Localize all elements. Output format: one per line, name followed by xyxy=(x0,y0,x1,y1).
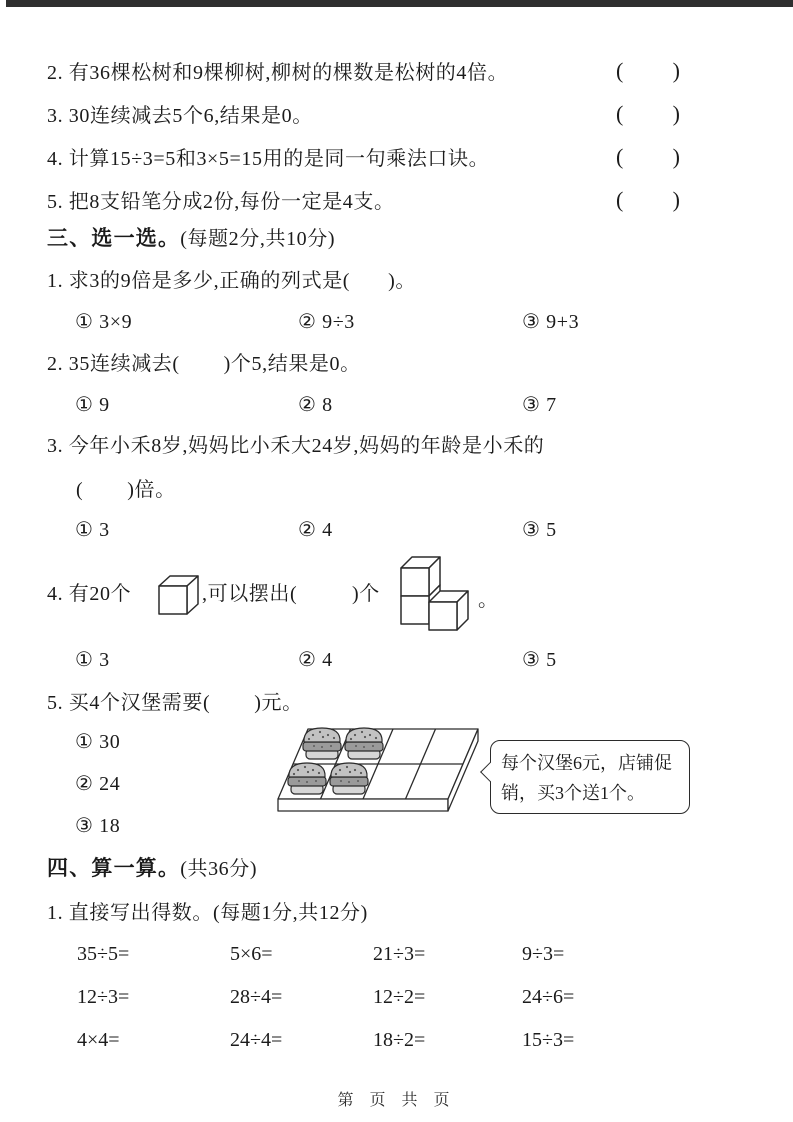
section-title: 三、选一选。 xyxy=(47,227,180,250)
paren-close: ) xyxy=(673,188,680,212)
section-score-note: (每题2分,共10分) xyxy=(180,228,335,250)
paren-close: ) xyxy=(673,59,680,83)
burger-tray-illustration xyxy=(270,703,490,827)
q5-option-3: ③ 18 xyxy=(75,814,120,838)
calc-item: 9÷3= xyxy=(522,943,564,966)
calc-item: 24÷4= xyxy=(230,1029,282,1052)
q4-option-1: ① 3 xyxy=(75,648,110,672)
calc-item: 12÷3= xyxy=(77,986,129,1009)
cube-icon xyxy=(156,573,200,617)
q2-option-1: ① 9 xyxy=(75,393,110,417)
judge-q2-text: 2. 有36棵松树和9棵柳树,柳树的棵数是松树的4倍。 xyxy=(47,61,508,85)
price-speech-bubble: 每个汉堡6元，店铺促 销，买3个送1个。 xyxy=(490,740,690,814)
q4-option-3: ③ 5 xyxy=(522,648,557,672)
section-title: 四、算一算。 xyxy=(47,857,180,880)
calc-item: 24÷6= xyxy=(522,986,574,1009)
q5-option-2: ② 24 xyxy=(75,772,120,796)
q2-text-a: 2. 35连续减去( xyxy=(47,353,180,375)
page-footer: 第 页 共 页 xyxy=(0,1087,793,1110)
paren-close: ) xyxy=(673,145,680,169)
judge-q3-answer-parens: ( ) xyxy=(616,102,680,126)
q1-option-3: ③ 9+3 xyxy=(522,310,579,334)
calc-item: 15÷3= xyxy=(522,1029,574,1052)
q3-paren-open: ( xyxy=(76,479,83,501)
calc-item: 21÷3= xyxy=(373,943,425,966)
q3-option-1: ① 3 xyxy=(75,518,110,542)
choice-q4-text-a: 4. 有20个 xyxy=(47,582,131,606)
q5-text-a: 5. 买4个汉堡需要( xyxy=(47,692,210,714)
calc-section-heading: 四、算一算。(共36分) xyxy=(47,857,257,881)
paren-open: ( xyxy=(616,102,623,126)
judge-q5-answer-parens: ( ) xyxy=(616,188,680,212)
choice-q4-text-d: 。 xyxy=(478,588,499,612)
burger-tray-figure xyxy=(270,703,490,827)
cube-cluster-icon xyxy=(398,553,478,637)
q1-text-b: )。 xyxy=(388,270,416,292)
choice-q4-text-c: )个 xyxy=(352,582,380,606)
calc-sub-instruction: 1. 直接写出得数。(每题1分,共12分) xyxy=(47,901,368,925)
single-cube-figure xyxy=(156,573,200,617)
q5-option-1: ① 30 xyxy=(75,730,120,754)
q3-option-3: ③ 5 xyxy=(522,518,557,542)
q2-text-b: )个5,结果是0。 xyxy=(224,353,361,375)
calc-item: 18÷2= xyxy=(373,1029,425,1052)
paren-open: ( xyxy=(616,145,623,169)
choice-q2-text: 2. 35连续减去()个5,结果是0。 xyxy=(47,352,361,376)
bubble-line-2: 销，买3个送1个。 xyxy=(501,778,679,808)
worksheet-page: 2. 有36棵松树和9棵柳树,柳树的棵数是松树的4倍。 ( ) 3. 30连续减… xyxy=(0,0,793,1122)
calc-item: 35÷5= xyxy=(77,943,129,966)
scan-edge-bar xyxy=(6,0,793,7)
q1-option-1: ① 3×9 xyxy=(75,310,132,334)
choice-q1-text: 1. 求3的9倍是多少,正确的列式是()。 xyxy=(47,269,416,293)
calc-item: 28÷4= xyxy=(230,986,282,1009)
cube-cluster-figure xyxy=(398,553,478,637)
paren-open: ( xyxy=(616,59,623,83)
judge-q3-text: 3. 30连续减去5个6,结果是0。 xyxy=(47,104,313,128)
choice-q3-line2: ()倍。 xyxy=(76,478,176,502)
q1-option-2: ② 9÷3 xyxy=(298,310,355,334)
calc-item: 4×4= xyxy=(77,1029,120,1052)
judge-q4-answer-parens: ( ) xyxy=(616,145,680,169)
judge-q5-text: 5. 把8支铅笔分成2份,每份一定是4支。 xyxy=(47,190,395,214)
q1-text-a: 1. 求3的9倍是多少,正确的列式是( xyxy=(47,270,350,292)
choice-q3-line1: 3. 今年小禾8岁,妈妈比小禾大24岁,妈妈的年龄是小禾的 xyxy=(47,434,544,458)
bubble-line-1: 每个汉堡6元，店铺促 xyxy=(501,748,679,778)
paren-close: ) xyxy=(673,102,680,126)
q3-text-b: )倍。 xyxy=(127,479,175,501)
calc-item: 12÷2= xyxy=(373,986,425,1009)
choice-section-heading: 三、选一选。(每题2分,共10分) xyxy=(47,227,335,251)
q4-option-2: ② 4 xyxy=(298,648,333,672)
judge-q2-answer-parens: ( ) xyxy=(616,59,680,83)
choice-q5-text: 5. 买4个汉堡需要()元。 xyxy=(47,691,303,715)
calc-item: 5×6= xyxy=(230,943,273,966)
q3-option-2: ② 4 xyxy=(298,518,333,542)
q2-option-3: ③ 7 xyxy=(522,393,557,417)
section-score-note: (共36分) xyxy=(180,858,257,880)
paren-open: ( xyxy=(616,188,623,212)
judge-q4-text: 4. 计算15÷3=5和3×5=15用的是同一句乘法口诀。 xyxy=(47,147,489,171)
choice-q4-text-b: ,可以摆出( xyxy=(202,582,297,606)
q2-option-2: ② 8 xyxy=(298,393,333,417)
